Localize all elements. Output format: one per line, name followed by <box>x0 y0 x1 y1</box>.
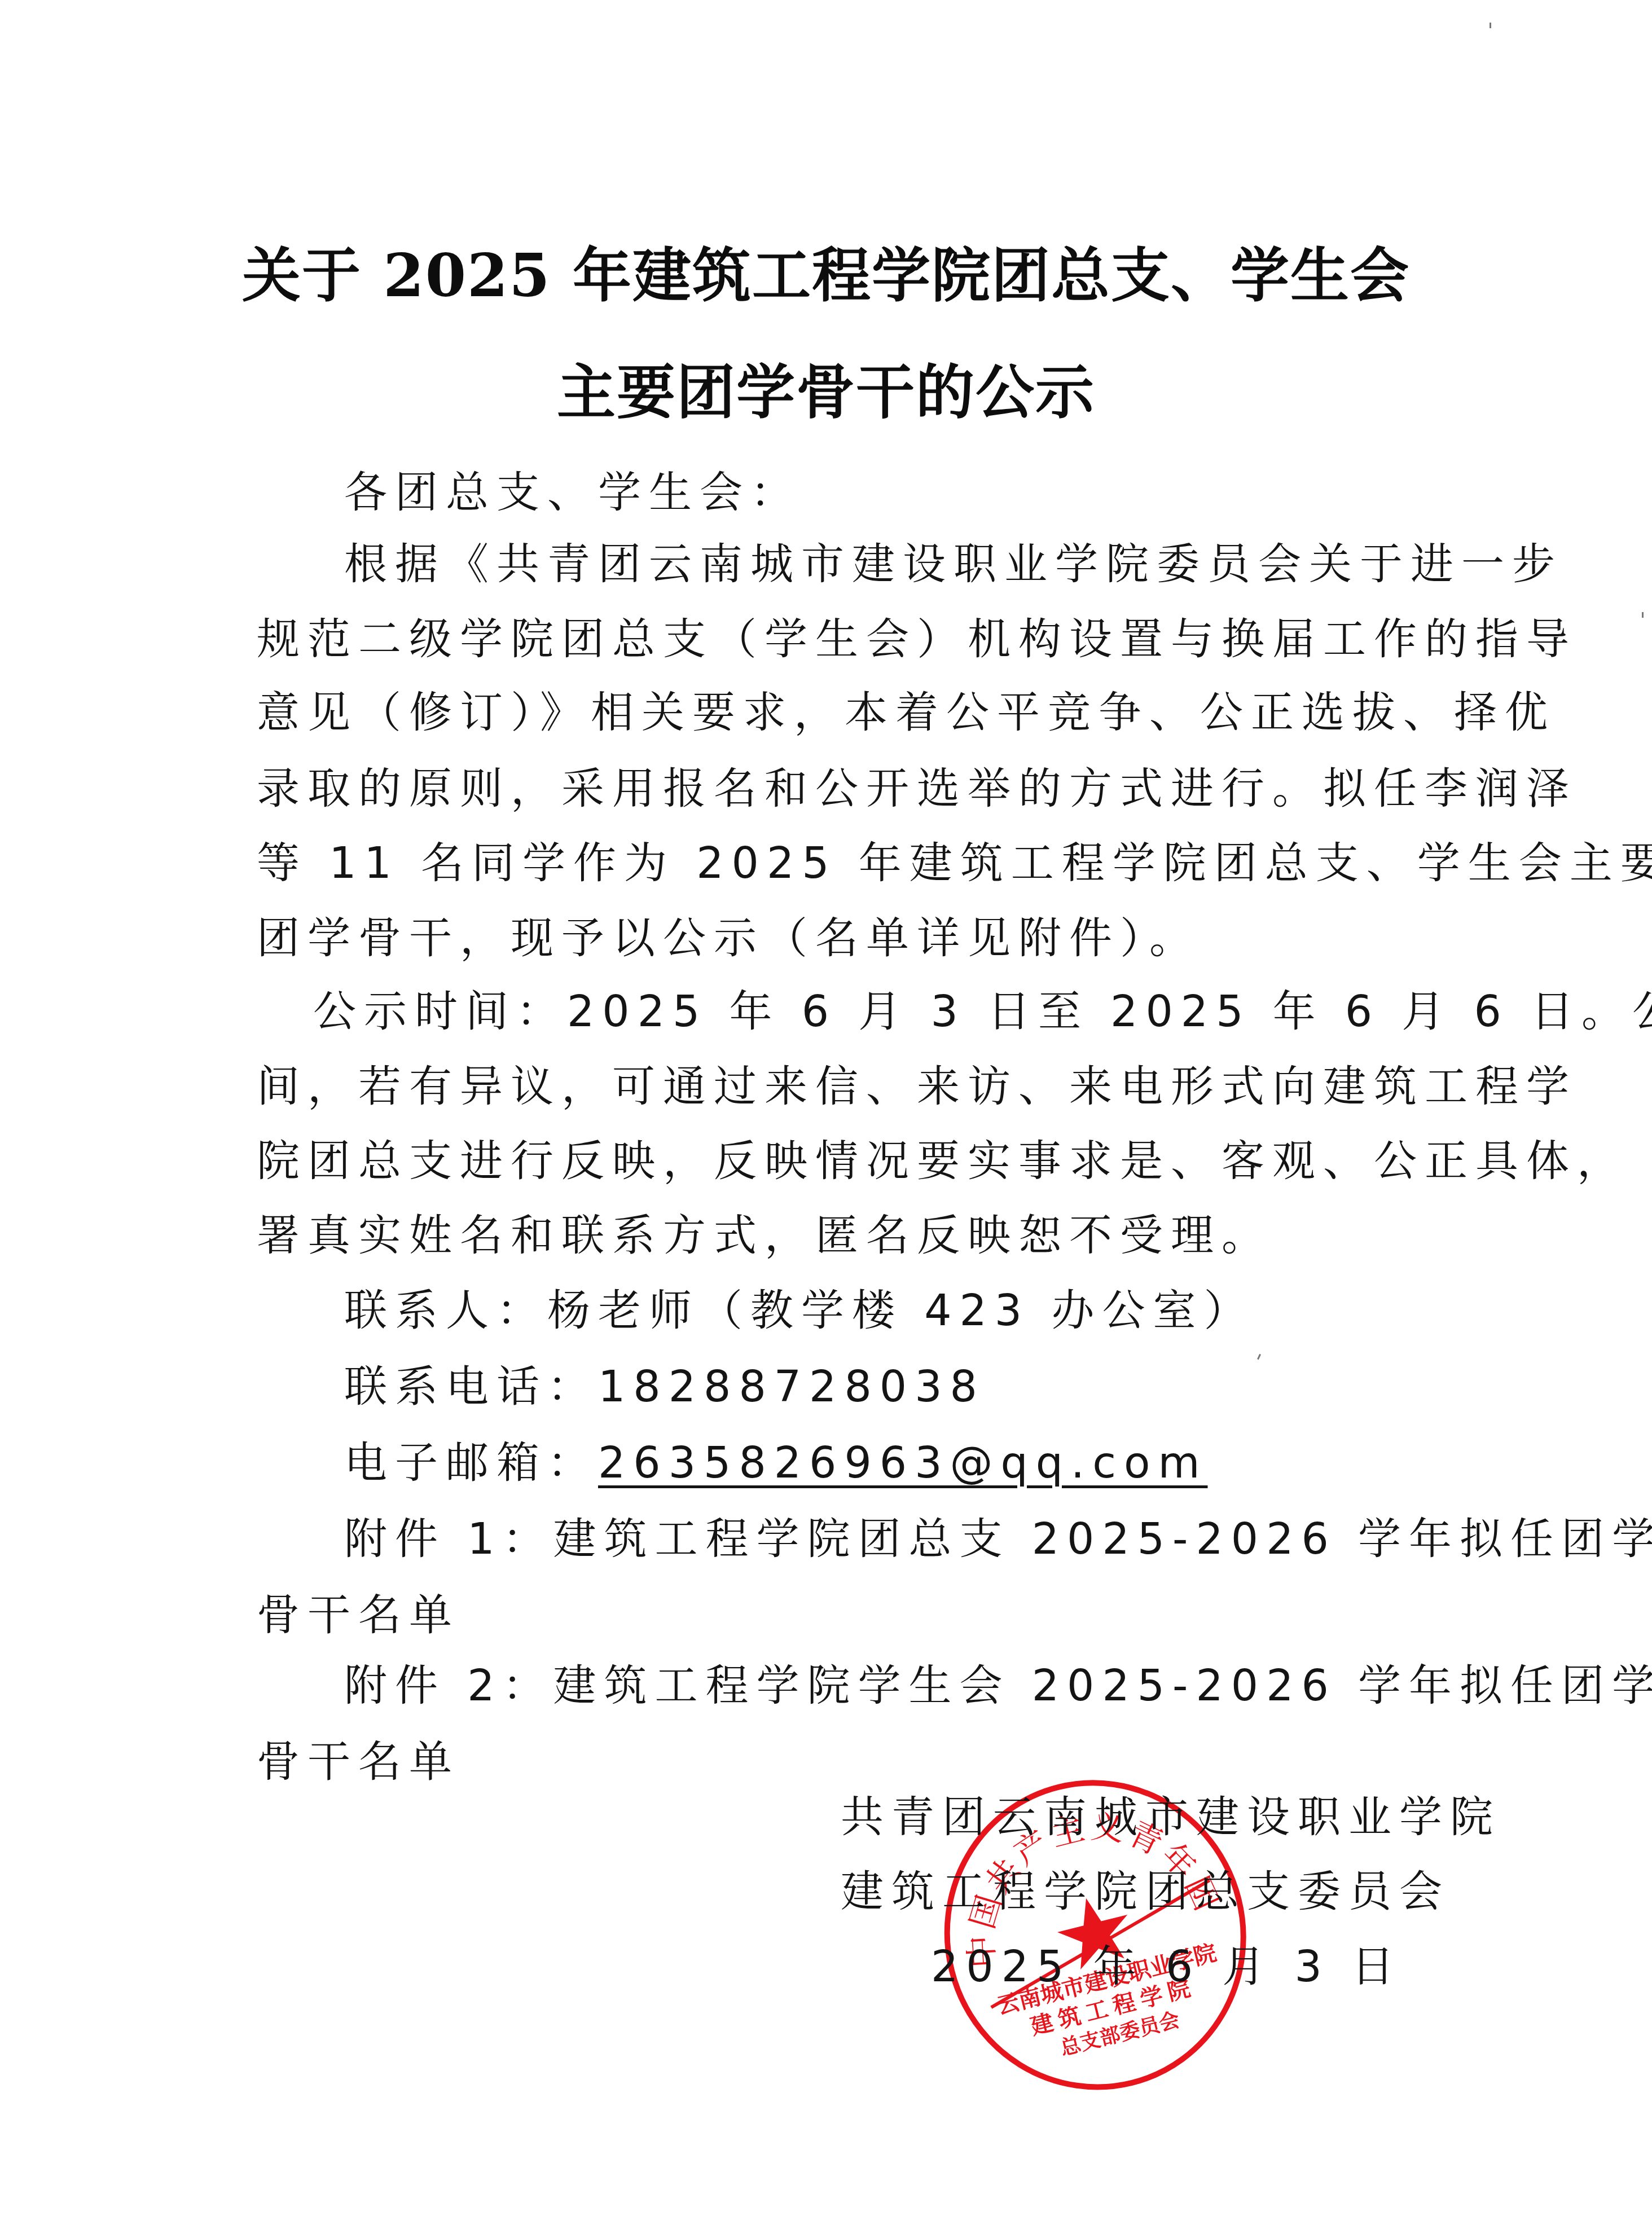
scan-speck <box>1257 1354 1261 1360</box>
contact-email-label: 电子邮箱： <box>344 1437 598 1488</box>
scan-speck <box>1490 23 1491 28</box>
contact-phone: 联系电话：18288728038 <box>344 1365 985 1408</box>
paragraph-line: 根据《共青团云南城市建设职业学院委员会关于进一步 <box>344 543 1563 586</box>
paragraph-line: 等 11 名同学作为 2025 年建筑工程学院团总支、学生会主要 <box>257 842 1652 885</box>
signature-date: 2025 年 6 月 3 日 <box>931 1945 1402 1988</box>
paragraph-line: 团学骨干，现予以公示（名单详见附件）。 <box>257 917 1200 960</box>
contact-email: 电子邮箱：2635826963@qq.com <box>344 1441 1208 1484</box>
signature-org-line1: 共青团云南城市建设职业学院 <box>841 1796 1501 1839</box>
contact-email-link[interactable]: 2635826963@qq.com <box>598 1437 1208 1488</box>
document-title-line2: 主要团学骨干的公示 <box>0 345 1652 430</box>
attachment-line: 附件 1：建筑工程学院团总支 2025-2026 学年拟任团学 <box>344 1518 1652 1560</box>
paragraph-line: 意见（修订）》相关要求，本着公平竞争、公正选拔、择优 <box>257 691 1556 734</box>
attachment-line: 骨干名单 <box>257 1594 460 1637</box>
scan-speck <box>1642 612 1644 618</box>
signature-org-line2: 建筑工程学院团总支委员会 <box>841 1870 1450 1913</box>
paragraph-line: 录取的原则，采用报名和公开选举的方式进行。拟任李润泽 <box>257 767 1577 810</box>
contact-phone-label: 联系电话： <box>344 1361 598 1411</box>
attachment-line: 骨干名单 <box>257 1740 460 1783</box>
contact-person-value: 杨老师（教学楼 423 办公室） <box>547 1285 1254 1335</box>
contact-person: 联系人：杨老师（教学楼 423 办公室） <box>344 1289 1254 1332</box>
paragraph-line: 间，若有异议，可通过来信、来访、来电形式向建筑工程学 <box>257 1065 1577 1108</box>
attachment-line: 附件 2：建筑工程学院学生会 2025-2026 学年拟任团学 <box>344 1664 1652 1707</box>
paragraph-line: 规范二级学院团总支（学生会）机构设置与换届工作的指导 <box>257 618 1577 661</box>
document-page: 关于 2025 年建筑工程学院团总支、学生会 主要团学骨干的公示 各团总支、学生… <box>0 0 1652 2225</box>
contact-phone-value: 18288728038 <box>598 1361 985 1411</box>
paragraph-line: 院团总支进行反映，反映情况要实事求是、客观、公正具体， <box>257 1140 1628 1182</box>
paragraph-line: 公示时间：2025 年 6 月 3 日至 2025 年 6 月 6 日。公示期 <box>313 990 1652 1033</box>
paragraph-line: 署真实姓名和联系方式，匿名反映恕不受理。 <box>257 1214 1272 1257</box>
salutation: 各团总支、学生会： <box>344 471 801 514</box>
contact-person-label: 联系人： <box>344 1285 547 1335</box>
document-title-line1: 关于 2025 年建筑工程学院团总支、学生会 <box>0 228 1652 313</box>
